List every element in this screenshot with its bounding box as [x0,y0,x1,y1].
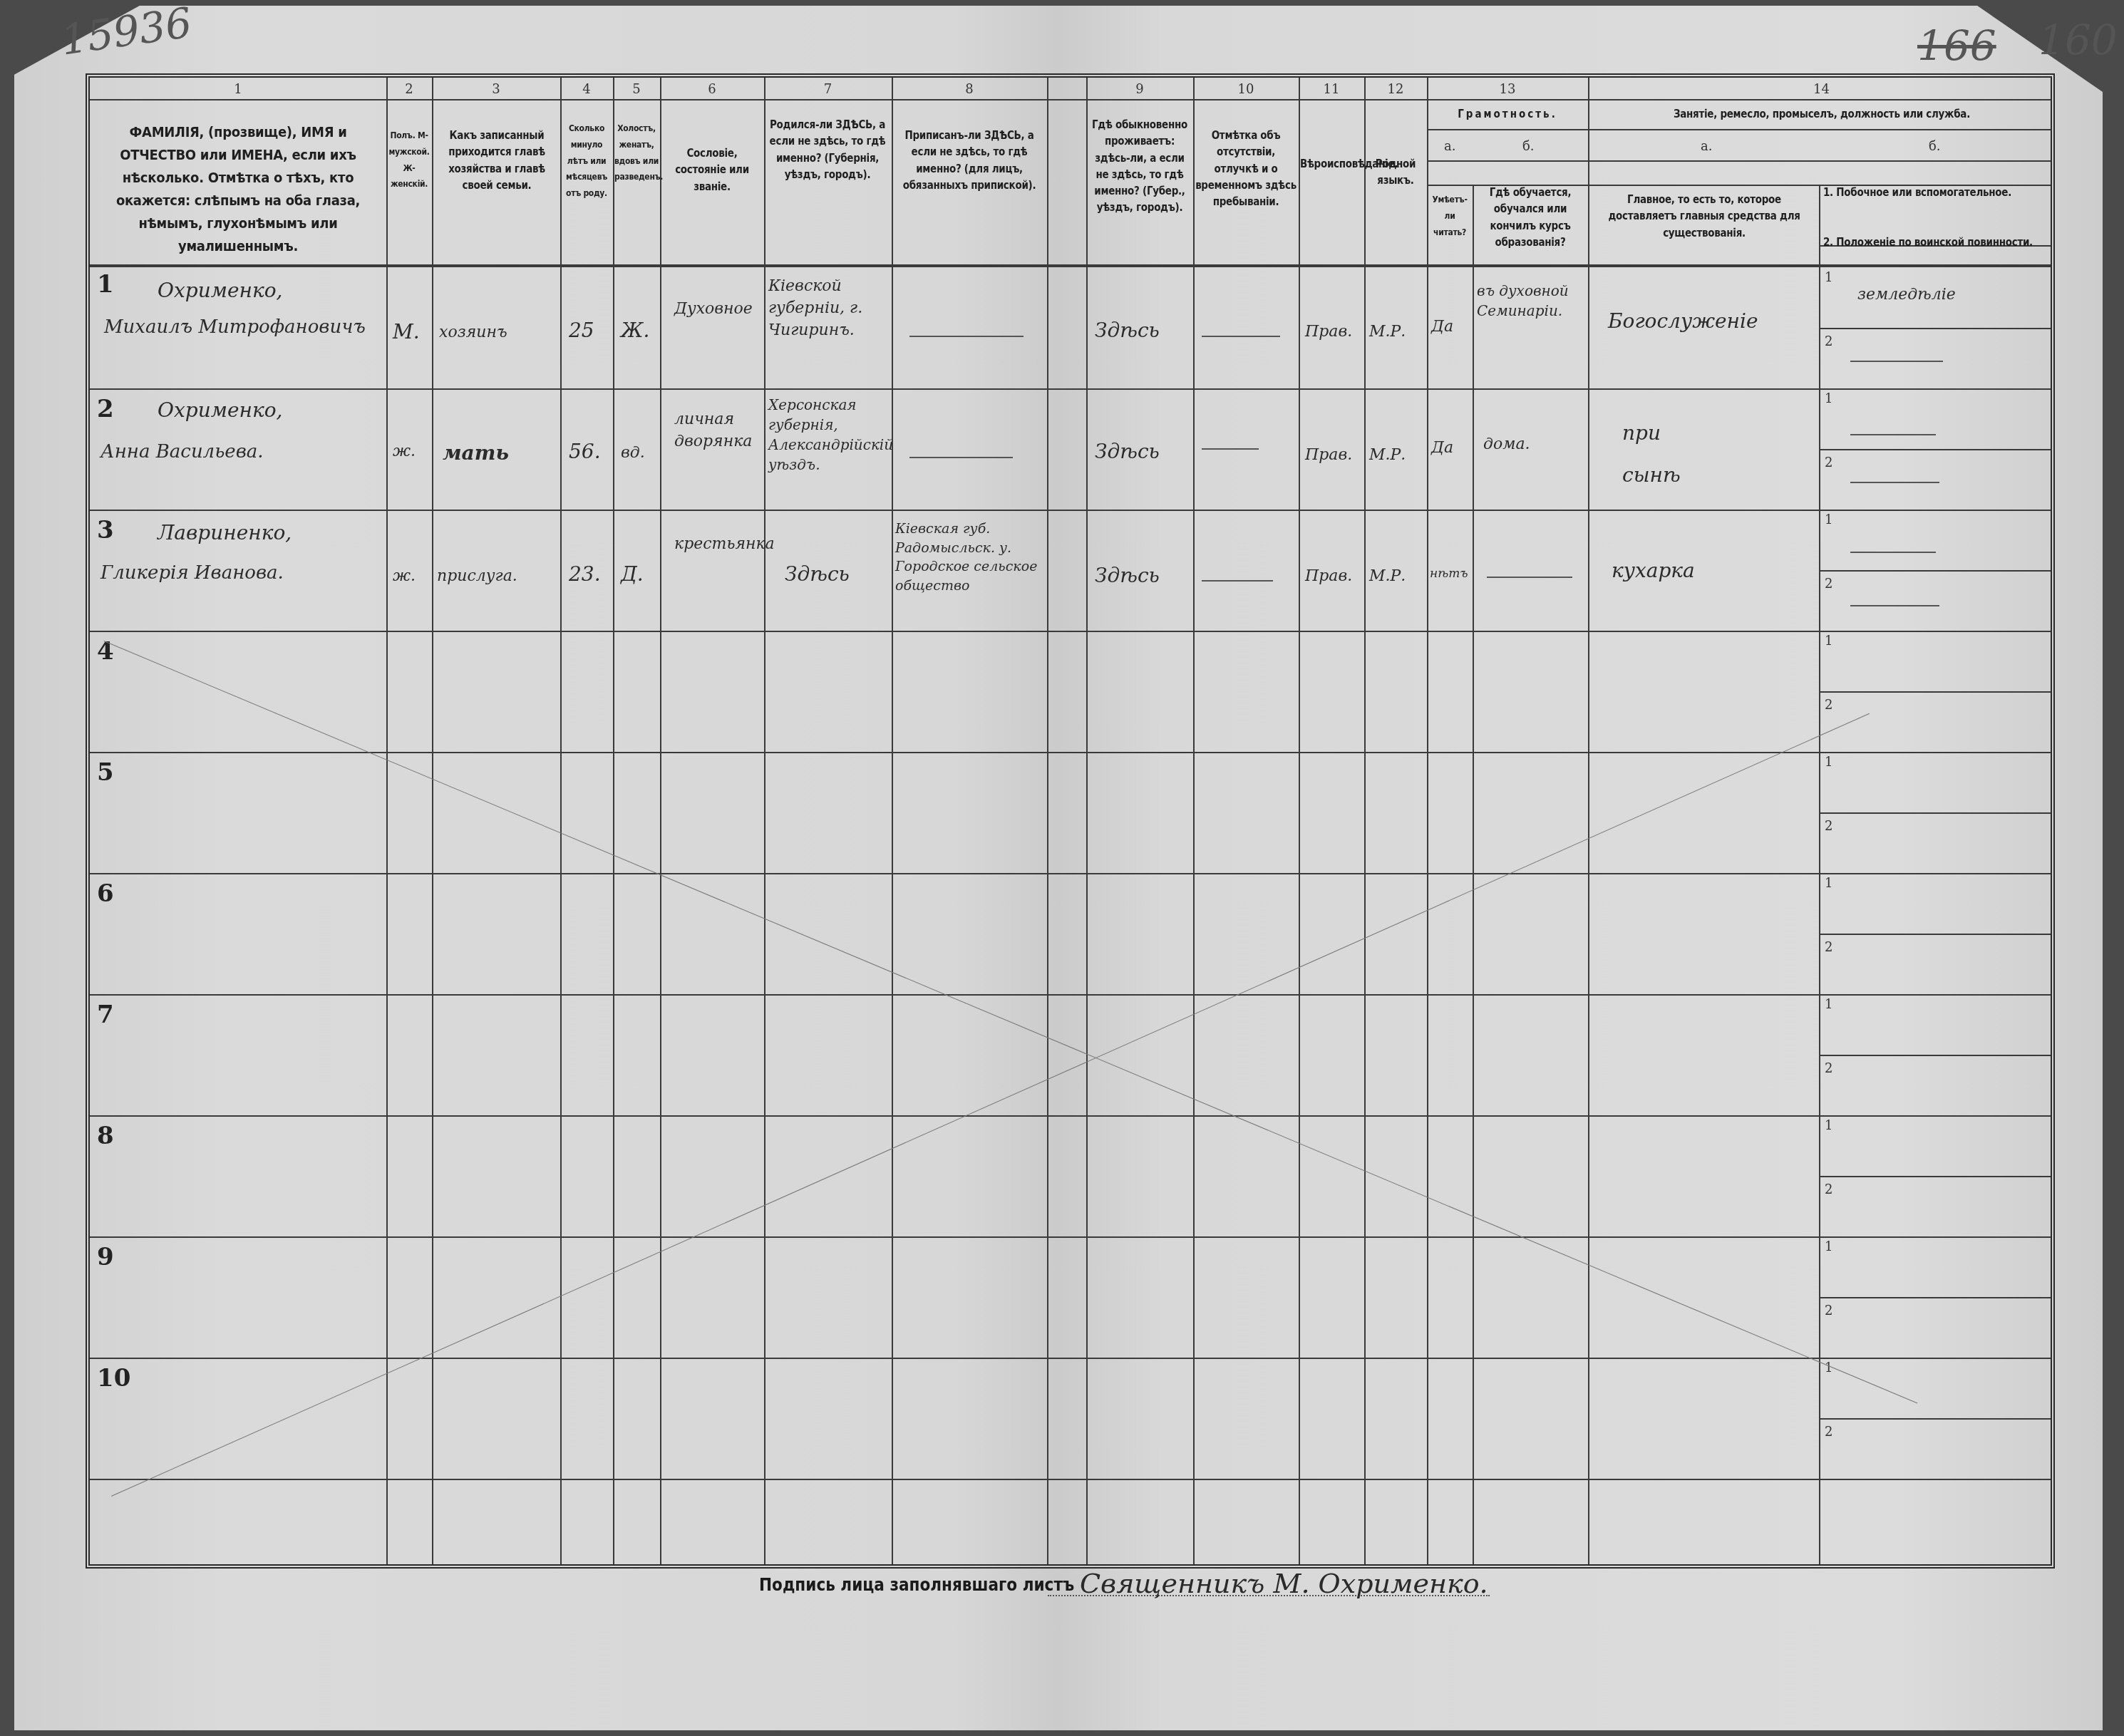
row-number: 10 [97,1364,130,1393]
sub-label: а. [1701,139,1712,154]
row-number: 5 [97,758,114,787]
marital-status: Ж. [621,319,649,343]
sub-label: б. [1522,139,1535,154]
residence: Здѣсь [1095,319,1160,343]
column-number: 4 [560,82,613,97]
estate: личная дворянка [674,409,763,453]
header-registered: Приписанъ-ли ЗДѢСЬ, а если не здѣсь, то … [895,128,1043,194]
religion: Прав. [1305,566,1352,588]
occupation-main: при сынѣ [1622,413,1722,497]
given-name: Михаилъ Митрофановичъ [104,316,366,339]
estate: Духовное [674,299,753,321]
registered-place: Кіевская губ. Радомысльск. у. Городское … [895,520,1045,595]
occupation-main: кухарка [1612,559,1695,583]
relation: хозяинъ [439,324,507,342]
column-number: 1 [90,82,386,97]
relation: прислуга. [437,566,517,588]
religion: Прав. [1305,445,1352,467]
estate: крестьянка [674,534,760,556]
column-number: 5 [613,82,660,97]
strike-line [111,713,1870,1497]
row-number: 2 [97,395,114,423]
column-number: 2 [386,82,432,97]
signature: Священникъ М. Охрименко. [1080,1568,1488,1599]
native-language: М.Р. [1369,445,1406,467]
surname: Охрименко, [158,279,282,303]
header-residence: Гдѣ обыкновенно проживаетъ: здѣсь-ли, а … [1089,117,1190,217]
birthplace: Кіевской губерніи, г. Чигиринъ. [768,276,886,341]
header-estate: Сословіе, состояніе или званіе. [667,145,757,195]
surname: Лавриненко, [158,521,292,545]
age: 56. [569,440,601,464]
sub-label: 1 [1825,512,1832,527]
birthplace: Здѣсь [785,562,850,587]
header-age: Сколько минуло лѣтъ или мѣсяцевъ отъ род… [562,120,612,202]
sex: ж. [393,566,416,588]
marital-status: Д. [621,562,644,587]
header-religion: Вѣроисповѣданіе. [1300,156,1363,172]
header-marital: Холостъ, женатъ, вдовъ или разведенъ. [614,120,659,185]
sub-label: 2 [1825,1425,1832,1440]
header-relation: Какъ записанный приходится главѣ хозяйст… [436,128,557,194]
can-read: нѣтъ [1430,566,1468,583]
education: дома. [1483,434,1530,456]
header-literacy: Грамотность. [1427,106,1588,123]
given-name: Анна Васильева. [100,441,264,463]
header-occupation: Занятіе, ремесло, промыселъ, должность и… [1594,106,2050,123]
age: 25 [569,319,594,343]
header-born: Родился-ли ЗДѢСЬ, а если не здѣсь, то гд… [767,117,888,183]
sub-label: 1 [1825,1118,1832,1133]
surname: Охрименко, [158,398,282,423]
column-number: 12 [1364,82,1427,97]
row-number: 1 [97,270,114,299]
can-read: Да [1431,316,1453,339]
occupation-side: земледѣліе [1857,284,1956,306]
sub-label: 1 [1825,634,1832,649]
sub-label: 1 [1825,755,1832,770]
sub-label: 1 [1825,391,1832,406]
signature-label: Подпись лица заполнявшаго листъ [759,1575,1074,1595]
sub-label: 2 [1825,940,1832,955]
sub-label: 2 [1825,577,1832,591]
column-number: 9 [1086,82,1193,97]
column-number: 3 [432,82,560,97]
marital-status: вд. [621,443,645,465]
column-number: 6 [660,82,764,97]
sub-label: 1 [1825,270,1832,285]
strike-line [104,641,1918,1403]
sex: М. [393,320,420,344]
header-can-read: Умѣетъ-ли читать? [1428,192,1471,240]
sub-label: 2 [1825,1182,1832,1197]
header-occupation-side: 1. Побочное или вспомогательное. [1823,185,2051,201]
sub-label: 2 [1825,1061,1832,1076]
religion: Прав. [1305,321,1352,343]
header-absence: Отмѣтка объ отсутствіи, отлучкѣ и о врем… [1195,128,1297,210]
row-number: 6 [97,879,114,908]
relation: мать [443,441,509,465]
sex: ж. [393,443,416,461]
archive-number-crossed: 166 [1917,21,1996,70]
sub-label: 1 [1825,1360,1832,1375]
census-table: 1 2 3 4 5 6 7 8 9 10 11 12 13 14 ФАМИЛІЯ… [86,73,2055,1569]
given-name: Гликерія Иванова. [100,562,284,584]
occupation-main: Богослуженіе [1608,309,1758,334]
can-read: Да [1431,438,1453,460]
header-name: ФАМИЛІЯ, (прозвище), ИМЯ и ОТЧЕСТВО или … [97,120,379,257]
residence: Здѣсь [1095,564,1160,588]
row-number: 9 [97,1243,114,1271]
sub-label: 1 [1825,876,1832,891]
header-sex: Полъ. М-мужской. Ж-женскій. [388,128,431,192]
education: въ духовной Семинаріи. [1477,281,1584,321]
sub-label: 1 [1825,1239,1832,1254]
sub-label: а. [1444,139,1455,154]
archive-number-right: 160 [2038,16,2118,64]
row-number: 8 [97,1122,114,1150]
sub-label: 2 [1825,698,1832,713]
column-number: 10 [1193,82,1299,97]
column-number: 7 [764,82,892,97]
sub-label: 1 [1825,997,1832,1012]
native-language: М.Р. [1369,566,1406,588]
column-number: 14 [1588,82,2055,97]
sub-label: 2 [1825,455,1832,470]
header-military: 2. Положеніе по воинской повинности. [1823,234,2051,251]
residence: Здѣсь [1095,440,1160,464]
column-number: 13 [1427,82,1588,97]
age: 23. [569,562,601,587]
native-language: М.Р. [1369,321,1406,343]
sub-label: 2 [1825,1303,1832,1318]
header-occupation-main: Главное, то есть то, которое доставляетъ… [1592,192,1816,242]
sub-label: 2 [1825,819,1832,834]
row-number: 7 [97,1001,114,1029]
column-number: 11 [1299,82,1364,97]
header-language: Родной языкъ. [1366,156,1426,190]
sub-label: б. [1929,139,1941,154]
header-education: Гдѣ обучается, обучался или кончилъ курс… [1475,185,1585,251]
column-number: 8 [892,82,1047,97]
birthplace: Херсонская губернія, Александрійскій уѣз… [768,395,886,475]
sub-label: 2 [1825,334,1832,349]
row-number: 3 [97,516,114,544]
